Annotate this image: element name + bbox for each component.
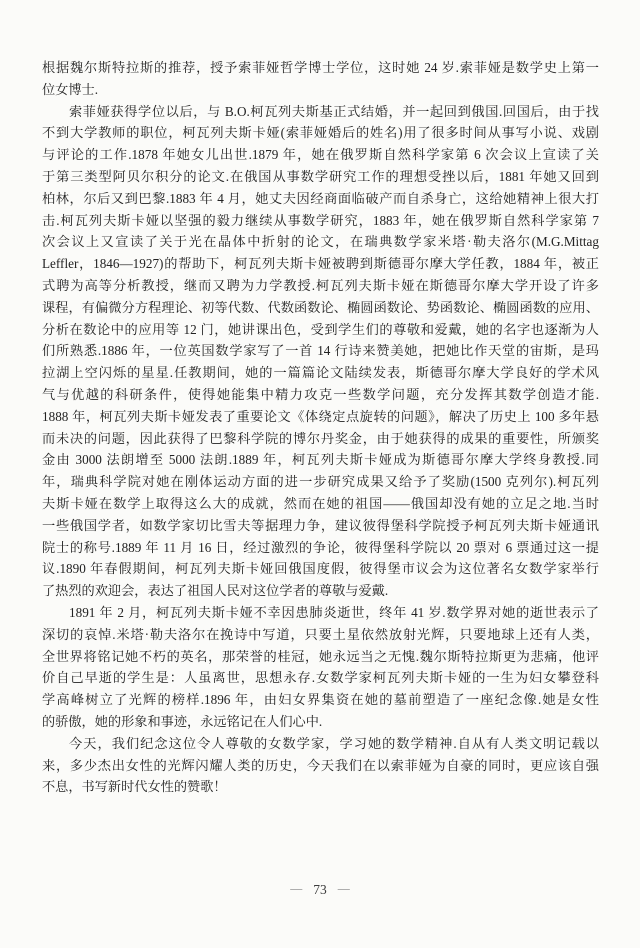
text-line: 院士的称号.1889 年 11 月 16 日，经过激烈的争论，彼得堡科学院以 2… xyxy=(42,537,599,559)
text-line: 1891 年 2 月，柯瓦列夫斯卡娅不幸因患肺炎逝世，终年 41 岁.数学界对她… xyxy=(42,602,599,624)
text-line: 柏林，尔后又到巴黎.1883 年 4 月，她丈夫因经商面临破产而自杀身亡，这给她… xyxy=(42,188,599,210)
text-line: 而未决的问题，因此获得了巴黎科学院的博尔丹奖金，由于她获得的成果的重要性，所颁奖 xyxy=(42,428,599,450)
text-line: 气与优越的科研条件，使得她能集中精力攻克一些数学问题，充分发挥其数学创造才能. xyxy=(42,384,599,406)
scanned-page: 根据魏尔斯特拉斯的推荐，授予索菲娅哲学博士学位，这时她 24 岁.索菲娅是数学史… xyxy=(0,0,640,948)
text-line: 索菲娅获得学位以后，与 B.O.柯瓦列夫斯基正式结婚，并一起回到俄国.回国后，由… xyxy=(42,101,599,123)
text-line: 击.柯瓦列夫斯卡娅以坚强的毅力继续从事数学研究，1883 年，她在俄罗斯自然科学… xyxy=(42,210,599,232)
text-line: 夫斯卡娅在数学上取得这么大的成就，然而在她的祖国——俄国却没有她的立足之地.当时 xyxy=(42,493,599,515)
paragraph: 1891 年 2 月，柯瓦列夫斯卡娅不幸因患肺炎逝世，终年 41 岁.数学界对她… xyxy=(42,602,599,733)
footer-dash-right: — xyxy=(338,881,350,895)
text-line: 课程，有偏微分方程理论、初等代数、代数函数论、椭圆函数论、势函数论、椭圆函数的应… xyxy=(42,297,599,319)
paragraph: 索菲娅获得学位以后，与 B.O.柯瓦列夫斯基正式结婚，并一起回到俄国.回国后，由… xyxy=(42,101,599,602)
text-line: 年，瑞典科学院对她在刚体运动方面的进一步研究成果又给予了奖励(1500 克列尔)… xyxy=(42,471,599,493)
text-line: 金由 3000 法朗增至 5000 法朗.1889 年，柯瓦列夫斯卡娅成为斯德哥… xyxy=(42,449,599,471)
text-line: 式聘为高等分析教授，继而又聘为力学教授.柯瓦列夫斯卡娅在斯德哥尔摩大学开设了许多 xyxy=(42,275,599,297)
text-line: 来，多少杰出女性的光辉闪耀人类的历史，今天我们在以索菲娅为自豪的同时，更应该自强 xyxy=(42,755,599,777)
text-line: 全世界将铭记她不朽的英名，那荣誉的桂冠，她永远当之无愧.魏尔斯特拉斯更为悲痛，他… xyxy=(42,646,599,668)
document-body: 根据魏尔斯特拉斯的推荐，授予索菲娅哲学博士学位，这时她 24 岁.索菲娅是数学史… xyxy=(42,57,599,798)
text-line: 位女博士. xyxy=(42,79,599,101)
text-line: 了热烈的欢迎会，表达了祖国人民对这位学者的尊敬与爱戴. xyxy=(42,580,599,602)
text-line: 的骄傲，她的形象和事迹，永远铭记在人们心中. xyxy=(42,711,599,733)
text-line: Leffler，1846—1927)的帮助下，柯瓦列夫斯卡娅被聘到斯德哥尔摩大学… xyxy=(42,253,599,275)
text-line: 于第三类型阿贝尔积分的论文.在俄国从事数学研究工作的理想受挫以后，1881 年她… xyxy=(42,166,599,188)
text-line: 议.1890 年春假期间，柯瓦列夫斯卡娅回俄国度假，彼得堡市议会为这位著名女数学… xyxy=(42,558,599,580)
text-line: 学高峰树立了光辉的榜样.1896 年，由妇女界集资在她的墓前塑造了一座纪念像.她… xyxy=(42,689,599,711)
text-line: 价自己早逝的学生是：人虽离世，思想永存.女数学家柯瓦列夫斯卡娅的一生为妇女攀登科 xyxy=(42,667,599,689)
text-line: 与评论的工作.1878 年她女儿出世.1879 年，她在俄罗斯自然科学家第 6 … xyxy=(42,144,599,166)
text-line: 深切的哀悼.米塔·勒夫洛尔在挽诗中写道，只要土星依然放射光辉，只要地球上还有人类… xyxy=(42,624,599,646)
text-line: 次会议上又宣读了关于光在晶体中折射的论文，在瑞典数学家米塔·勒夫洛尔(M.G.M… xyxy=(42,231,599,253)
text-line: 们所熟悉.1886 年，一位英国数学家写了一首 14 行诗来赞美她，把她比作天堂… xyxy=(42,340,599,362)
paragraph: 根据魏尔斯特拉斯的推荐，授予索菲娅哲学博士学位，这时她 24 岁.索菲娅是数学史… xyxy=(42,57,599,101)
footer-dash-left: — xyxy=(290,881,302,895)
text-line: 今天，我们纪念这位令人尊敬的女数学家，学习她的数学精神.自从有人类文明记载以 xyxy=(42,733,599,755)
text-line: 分析在数论中的应用等 12 门，她讲课出色，受到学生们的尊敬和爱戴，她的名字也逐… xyxy=(42,319,599,341)
text-line: 1888 年，柯瓦列夫斯卡娅发表了重要论文《体绕定点旋转的问题》，解决了历史上 … xyxy=(42,406,599,428)
text-line: 不息，书写新时代女性的赞歌！ xyxy=(42,776,599,798)
text-line: 不到大学教师的职位，柯瓦列夫斯卡娅(索菲娅婚后的姓名)用了很多时间从事写小说、戏… xyxy=(42,122,599,144)
text-line: 一些俄国学者，如数学家切比雪夫等据理力争，建议彼得堡科学院授予柯瓦列夫斯卡娅通讯 xyxy=(42,515,599,537)
paragraph: 今天，我们纪念这位令人尊敬的女数学家，学习她的数学精神.自从有人类文明记载以来，… xyxy=(42,733,599,798)
page-footer: —73— xyxy=(0,881,640,899)
text-line: 根据魏尔斯特拉斯的推荐，授予索菲娅哲学博士学位，这时她 24 岁.索菲娅是数学史… xyxy=(42,57,599,79)
text-line: 拉湖上空闪烁的星星.任教期间，她的一篇篇论文陆续发表，斯德哥尔摩大学良好的学术风 xyxy=(42,362,599,384)
page-number: 73 xyxy=(313,882,327,897)
